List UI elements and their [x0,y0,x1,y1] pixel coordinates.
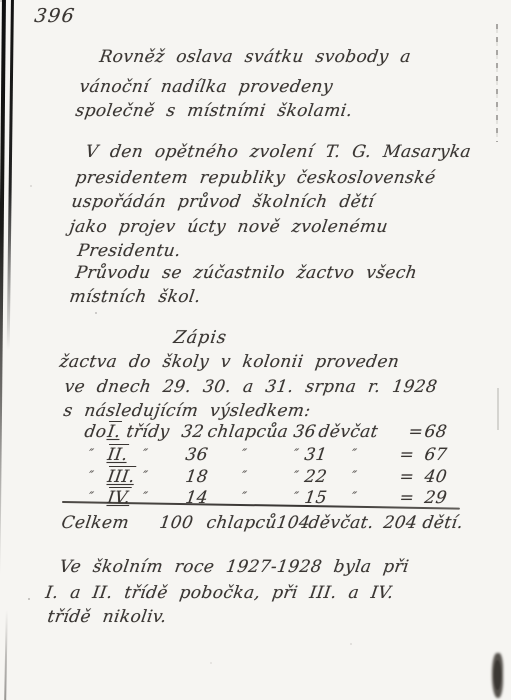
girls-count: 36 [292,421,318,443]
row-total: 67 [423,444,449,466]
para-pobocky-line-3: třídě nikoliv. [46,606,168,628]
enrollment-row-grade-3: ″ III. ″ 18 ″ ″ 22 ″ = 40 [0,466,511,488]
para-pruvod-line-1: Průvodu se zúčastnilo žactvo všech [74,262,419,284]
ditto-mark: ″ [240,444,248,466]
para-pruvod-line-2: místních škol. [68,286,202,308]
para-oslava-line-3: společně s místními školami. [74,100,354,122]
ditto-mark: ″ [141,466,149,488]
para-masaryk-line-1: V den opětného zvolení T. G. Masaryka [84,141,473,163]
summary-girls-word: děvčat. [307,512,375,534]
ditto-mark: ″ [240,466,248,488]
row-total: 68 [423,421,449,443]
row-prefix: do [83,421,108,443]
para-oslava-line-1: Rovněž oslava svátku svobody a [98,46,412,68]
conjunction: a [276,421,290,443]
row-total: 29 [423,487,449,509]
para-oslava-line-2: vánoční nadílka provedeny [78,76,334,98]
right-edge-scan-marks-top [496,24,498,142]
chronicle-page: 396 Rovněž oslava svátku svobody a vánoč… [0,0,511,700]
grade-numeral: II. [106,444,129,466]
ditto-mark: ″ [141,487,149,509]
para-masaryk-line-5: Presidentu. [76,240,182,262]
book-gutter-remnant [4,610,8,700]
boys-count: 32 [180,421,206,443]
enrollment-summary-row: Celkem 100 chlapců 104 děvčat. 204 dětí. [0,512,511,534]
equals-sign: = [398,466,416,488]
ditto-mark: ″ [292,466,300,488]
para-masaryk-line-3: uspořádán průvod školních dětí [70,191,376,213]
summary-girls-count: 104 [275,512,312,534]
zapis-intro-line-3: s následujícím výsledkem: [62,400,312,422]
boys-count: 18 [184,466,210,488]
equals-sign: = [398,444,416,466]
girls-count: 22 [303,466,329,488]
equals-sign: = [407,421,425,443]
boys-word: chlapců [206,421,279,443]
zapis-intro-line-1: žactva do školy v kolonii proveden [58,351,401,373]
ditto-mark: ″ [292,444,300,466]
corner-ink-smudge-core [494,660,501,690]
ditto-mark: ″ [87,487,95,509]
girls-word: děvčat [317,421,380,443]
para-pobocky-line-2: I. a II. třídě pobočka, při III. a IV. [44,582,395,604]
enrollment-row-grade-2: ″ II. ″ 36 ″ ″ 31 ″ = 67 [0,444,511,466]
summary-boys-count: 100 [158,512,195,534]
paper-specks [0,0,2,2]
page-number: 396 [33,5,77,27]
para-pobocky-line-1: Ve školním roce 1927-1928 byla při [58,556,410,578]
ditto-mark: ″ [141,444,149,466]
zapis-heading: Zápis [172,327,228,349]
summary-boys-word: chlapců [205,512,278,534]
grade-word: třídy [125,421,171,443]
grade-numeral: I. [106,421,122,443]
boys-count: 14 [184,487,210,509]
summary-total-word: dětí. [421,512,465,534]
book-gutter-line-inner [7,0,14,350]
summary-total-count: 204 [382,512,419,534]
grade-numeral: IV. [106,487,132,509]
zapis-intro-line-2: ve dnech 29. 30. a 31. srpna r. 1928 [63,376,439,398]
girls-count: 31 [303,444,329,466]
para-masaryk-line-4: jako projev úcty nově zvolenému [68,216,389,238]
row-total: 40 [423,466,449,488]
ditto-mark: ″ [87,466,95,488]
ditto-mark: ″ [87,444,95,466]
ditto-mark: ″ [350,444,358,466]
summary-label: Celkem [60,512,130,534]
grade-numeral: III. [106,466,136,488]
para-masaryk-line-2: presidentem republiky československé [74,167,437,189]
ditto-mark: ″ [350,466,358,488]
boys-count: 36 [184,444,210,466]
enrollment-row-grade-1: do I. třídy 32 chlapců a 36 děvčat = 68 [0,421,511,443]
